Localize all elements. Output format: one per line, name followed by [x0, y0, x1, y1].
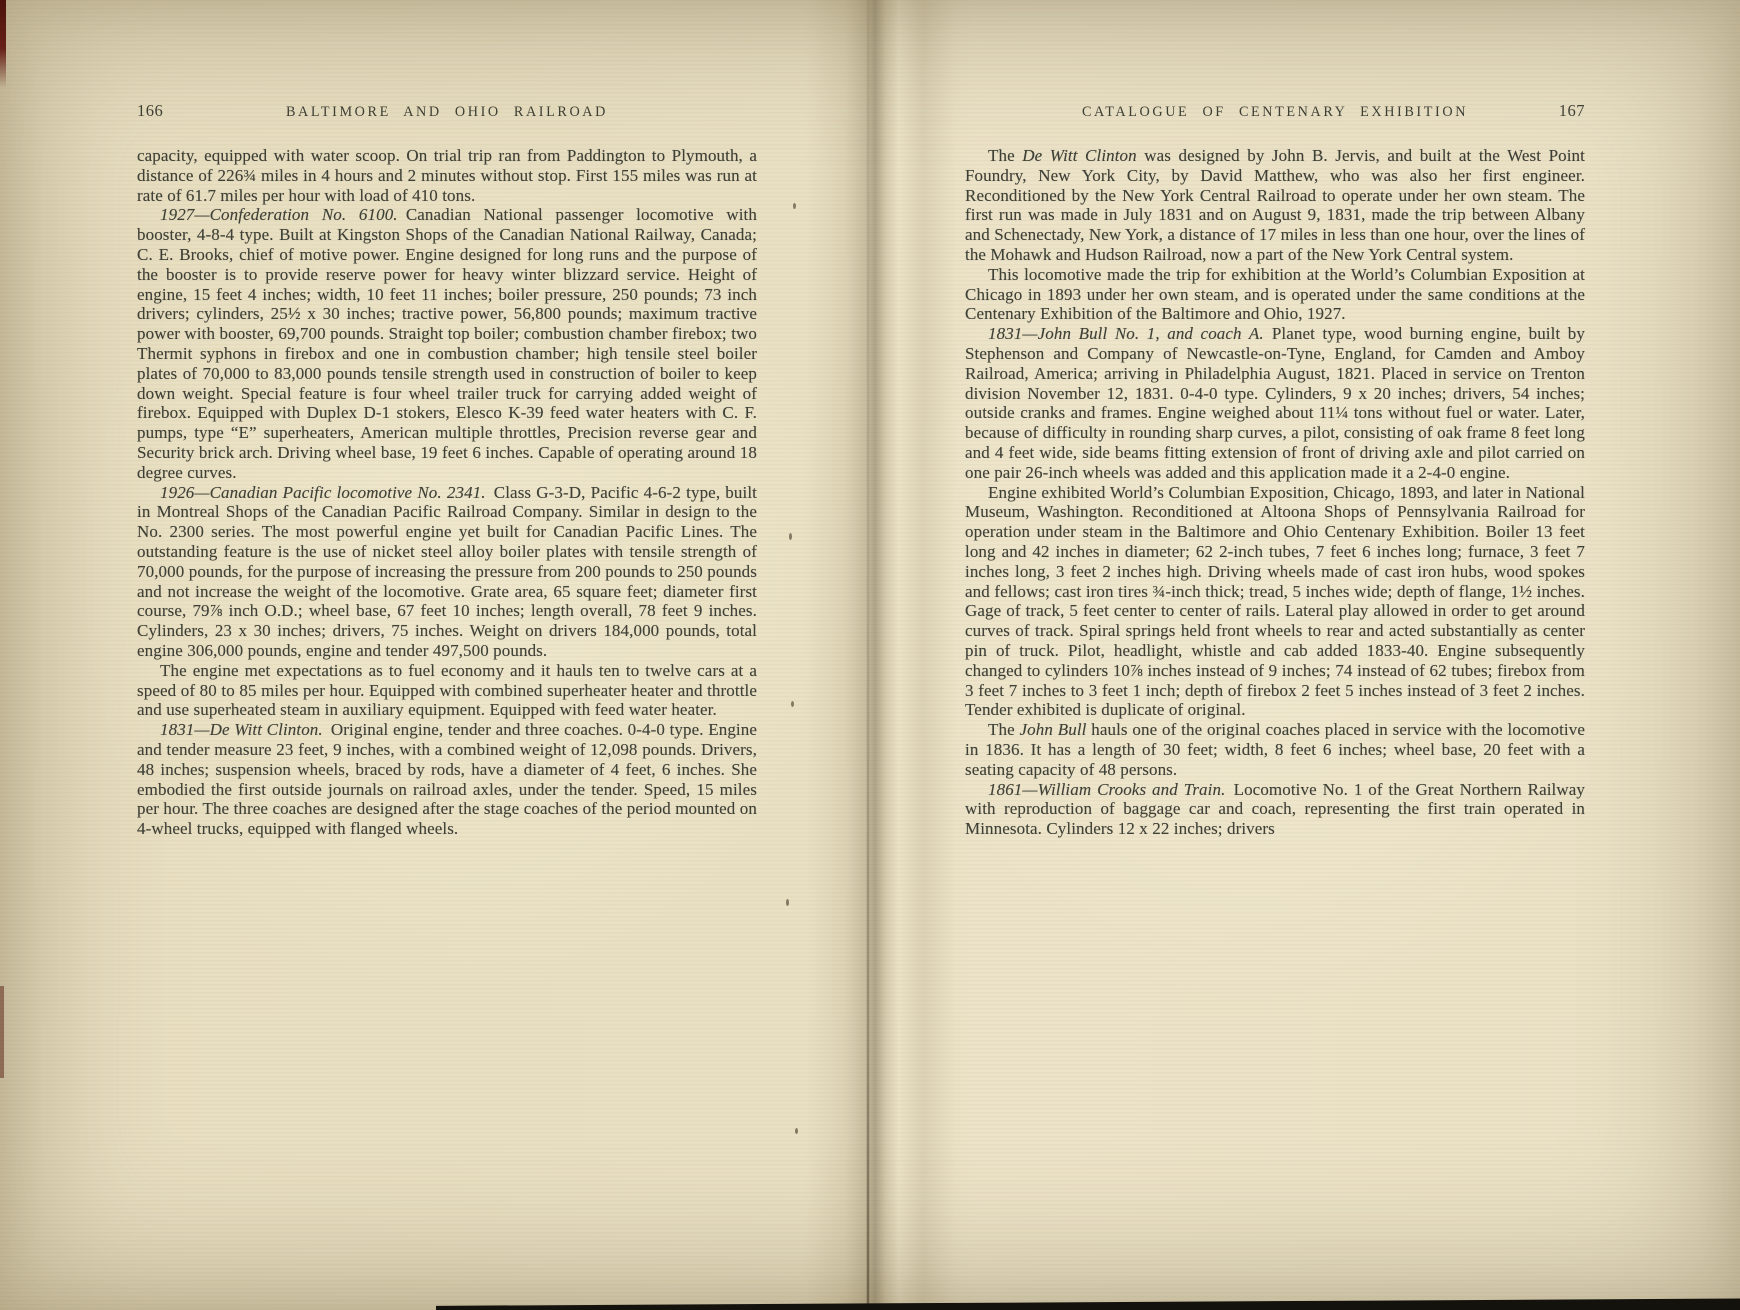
left-page: 166 BALTIMORE AND OHIO RAILROAD capacity…: [137, 101, 757, 839]
gutter-fold-line: [867, 0, 869, 1310]
paragraph: 1926—Canadian Pacific locomotive No. 234…: [137, 483, 757, 661]
scan-sliver-top-left: [0, 0, 6, 88]
paragraph-segment: 1831—John Bull No. 1, and coach A.: [988, 324, 1272, 343]
paragraph-segment: John Bull: [1020, 720, 1087, 739]
paragraph-segment: capacity, equipped with water scoop. On …: [137, 146, 757, 205]
paragraph: 1831—John Bull No. 1, and coach A.Planet…: [965, 324, 1585, 482]
paragraph-segment: The engine met expectations as to fuel e…: [137, 661, 757, 720]
paragraph: 1927—Confederation No. 6100.Canadian Nat…: [137, 205, 757, 482]
left-running-title: BALTIMORE AND OHIO RAILROAD: [286, 104, 608, 121]
ink-speck: [786, 899, 789, 906]
right-page-header: CATALOGUE OF CENTENARY EXHIBITION 167: [965, 101, 1585, 121]
paragraph-segment: Canadian National passenger locomotive w…: [137, 205, 757, 481]
paragraph-segment: 1831—De Witt Clinton.: [160, 720, 331, 739]
scan-sliver-mid-left: [0, 986, 4, 1078]
paragraph-segment: Planet type, wood burning engine, built …: [965, 324, 1585, 482]
book-photo: { "colors": { "paper": "#e9e0c3", "ink":…: [0, 0, 1740, 1310]
paragraph: Engine exhibited World’s Columbian Expos…: [965, 483, 1585, 721]
left-page-header: 166 BALTIMORE AND OHIO RAILROAD: [137, 101, 757, 121]
scan-strip-bottom: [436, 1297, 1740, 1310]
paragraph: 1861—William Crooks and Train.Locomotive…: [965, 780, 1585, 839]
left-page-body: capacity, equipped with water scoop. On …: [137, 146, 757, 839]
left-page-number: 166: [137, 101, 163, 121]
right-running-title: CATALOGUE OF CENTENARY EXHIBITION: [1082, 104, 1468, 121]
paragraph-segment: Engine exhibited World’s Columbian Expos…: [965, 483, 1585, 720]
ink-speck: [795, 1128, 798, 1134]
paragraph: This locomotive made the trip for exhibi…: [965, 265, 1585, 324]
paragraph-segment: 1926—Canadian Pacific locomotive No. 234…: [160, 483, 494, 502]
right-page-body: The De Witt Clinton was designed by John…: [965, 146, 1585, 839]
right-page-number: 167: [1559, 101, 1585, 121]
paragraph-segment: The: [988, 720, 1020, 739]
right-page: CATALOGUE OF CENTENARY EXHIBITION 167 Th…: [965, 101, 1585, 839]
paragraph: The De Witt Clinton was designed by John…: [965, 146, 1585, 265]
gutter-shadow: [806, 0, 956, 1310]
paragraph: 1831—De Witt Clinton.Original engine, te…: [137, 720, 757, 839]
paragraph: The engine met expectations as to fuel e…: [137, 661, 757, 720]
paragraph-segment: De Witt Clinton: [1022, 146, 1137, 165]
paragraph-segment: 1861—William Crooks and Train.: [988, 780, 1234, 799]
paragraph-segment: 1927—Confederation No. 6100.: [160, 205, 406, 224]
paragraph: capacity, equipped with water scoop. On …: [137, 146, 757, 205]
paragraph-segment: The: [988, 146, 1022, 165]
ink-speck: [789, 533, 792, 540]
ink-speck: [791, 701, 794, 707]
ink-speck: [793, 203, 796, 209]
paragraph: The John Bull hauls one of the original …: [965, 720, 1585, 779]
paragraph-segment: This locomotive made the trip for exhibi…: [965, 265, 1585, 324]
paragraph-segment: Class G-3-D, Pacific 4-6-2 type, built i…: [137, 483, 757, 660]
